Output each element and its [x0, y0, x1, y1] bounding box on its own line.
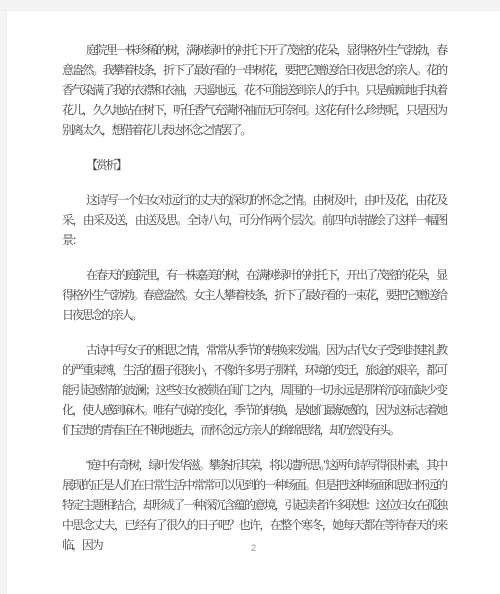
page-top-margin: [0, 0, 500, 11]
analysis-paragraph-spring-scene: 在春天的庭院里，有一株嘉美的树，在满树绿叶的衬托下，开出了茂密的花朵，显得格外生…: [62, 265, 446, 325]
page-number: 2: [7, 543, 500, 553]
analysis-paragraph-seasons: 古诗中写女子的相思之情，常常从季节的转换来发端。因为古代女子受到封建礼教的严重束…: [62, 340, 446, 440]
section-heading-appreciation: 【赏析】: [62, 155, 446, 175]
poem-paraphrase-paragraph: 庭院里一株珍稀的树，满树绿叶的衬托下开了茂密的花朵，显得格外生气勃勃，春意盎然。…: [62, 40, 446, 140]
document-page: 庭院里一株珍稀的树，满树绿叶的衬托下开了茂密的花朵，显得格外生气勃勃，春意盎然。…: [7, 11, 500, 594]
analysis-paragraph-overview: 这诗写一个妇女对远行的丈夫的深切的怀念之情。由树及叶，由叶及花，由花及采，由采及…: [62, 190, 446, 250]
page-left-margin: [0, 11, 7, 594]
analysis-paragraph-quote-discussion: “庭中有奇树，绿叶发华滋。攀条折其荣，将以遗所思。”这两句诗写得很朴素，其中展现…: [62, 455, 446, 555]
